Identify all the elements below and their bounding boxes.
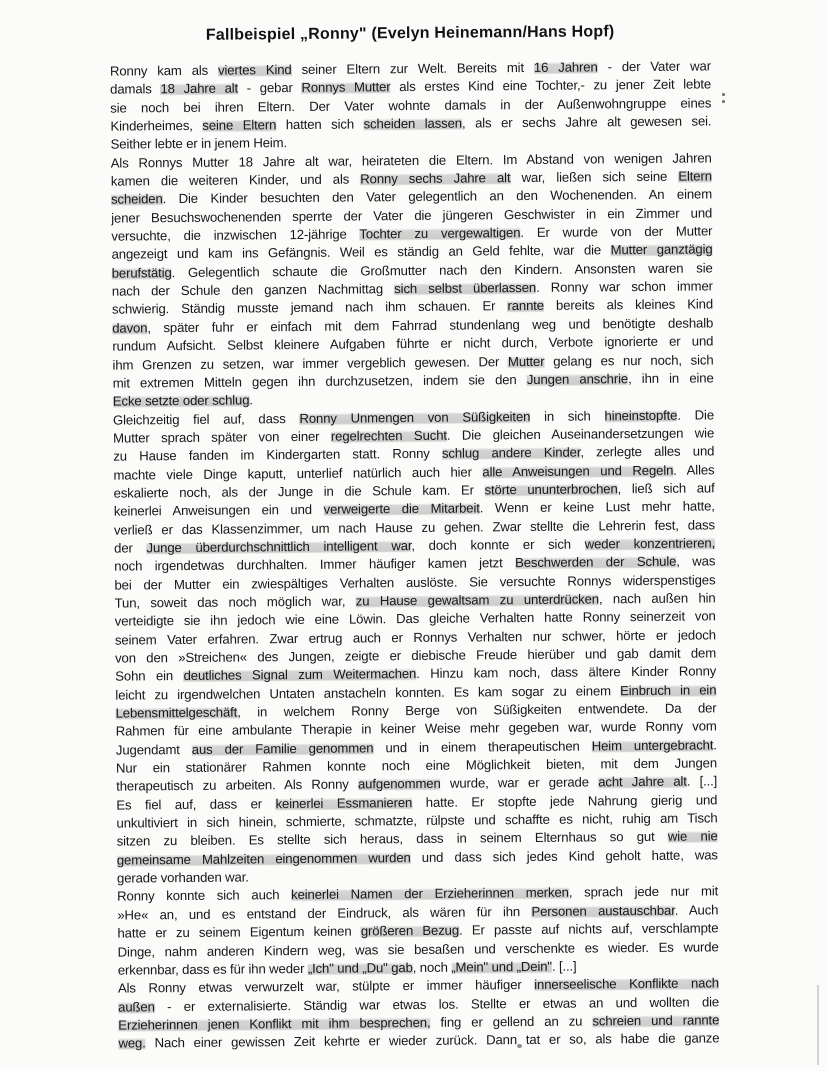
text-segment: . Die gleichen Auseinandersetzungen wie	[447, 425, 714, 442]
text-segment: Kinderheimes,	[110, 118, 202, 134]
highlighted-text: Eltern	[678, 168, 712, 183]
highlighted-text: aufgenommen	[358, 776, 441, 792]
highlighted-text: davon	[112, 320, 147, 335]
text-segment: erkennbar, dass es für ihn weder	[118, 961, 308, 978]
text-segment: - gebar	[238, 80, 302, 96]
text-segment: Jugendamt	[116, 742, 192, 758]
highlighted-text: keinerlei Namen der Erzieherinnen merken	[291, 885, 569, 902]
text-segment: . Gelegentlich schaute die Großmutter na…	[172, 260, 713, 280]
text-segment: . Hinzu kam noch, dass ältere Kinder Ron…	[416, 664, 716, 682]
text-segment: . Er passte auf nichts auf, verschlampte	[459, 921, 719, 938]
text-segment: .	[249, 393, 253, 408]
highlighted-text: wie nie	[668, 829, 718, 844]
scan-artifact-dot	[517, 1044, 522, 1048]
text-segment: hatte. Er stopfte jede Nahrung gierig un…	[412, 792, 717, 810]
highlighted-text: deutliches Signal zum Weitermachen	[184, 666, 417, 683]
text-segment: gerade vorhanden war.	[117, 870, 249, 886]
text-segment: leicht zu irgendwelchen Untaten anstache…	[115, 683, 620, 702]
highlighted-text: Ecke setzte oder schlug	[113, 393, 250, 409]
highlighted-text: seine Eltern	[202, 117, 276, 133]
text-segment: seiner Eltern zur Welt. Bereits mit	[292, 60, 534, 77]
text-segment: sitzen zu bleiben. Es stellte sich herau…	[117, 829, 668, 849]
highlighted-text: „Mein" und „Dein"	[451, 959, 552, 975]
text-segment: - der Vater war	[598, 58, 711, 74]
highlighted-text: Ronnys Mutter	[301, 80, 390, 96]
text-segment: gelang es nur noch, sich	[544, 352, 713, 368]
text-segment: und dass sich jedes Kind geholt hatte, w…	[411, 847, 718, 865]
highlighted-text: acht Jahre alt	[598, 774, 687, 790]
highlighted-text: 18 Jahre alt	[160, 81, 238, 97]
highlighted-text: Beschwerden der Schule	[515, 554, 676, 570]
text-segment: der	[114, 540, 147, 555]
highlighted-text: regelrechten Sucht	[331, 428, 447, 444]
highlighted-text: Erzieherinnen jenen Konflikt mit ihm bes…	[118, 1015, 430, 1033]
highlighted-text: verweigerte die Mitarbeit	[324, 501, 480, 517]
highlighted-text: außen	[118, 999, 155, 1014]
highlighted-text: innerseelische Konflikte nach	[534, 976, 719, 993]
highlighted-text: Mutter ganztägig	[611, 242, 713, 258]
text-segment: , doch konnte er sich	[411, 536, 584, 553]
text-segment: nach der Schule den ganzen Nachmittag	[112, 281, 394, 298]
document-page: Fallbeispiel „Ronny" (Evelyn Heinemann/H…	[0, 0, 828, 1071]
text-segment: damals	[110, 82, 160, 97]
text-segment: und in einem therapeutischen	[373, 738, 591, 755]
text-segment: war, ließen sich seine	[510, 169, 678, 185]
highlighted-text: Jungen anschrie	[527, 371, 628, 387]
text-segment: ihm Grenzen zu setzen, war immer vergebl…	[112, 354, 508, 372]
text-segment: eskalierte noch, als der Junge in die Sc…	[114, 482, 485, 500]
text-segment: als erstes Kind eine Tochter,- zu jener …	[390, 77, 711, 95]
highlighted-text: Mutter	[508, 353, 545, 368]
text-segment: mit extremen Mitteln gegen ihn durchzuse…	[113, 372, 527, 391]
highlighted-text: Junge überdurchschnittlich intelligent w…	[146, 538, 411, 555]
highlighted-text: aus der Familie genommen	[192, 740, 374, 757]
highlighted-text: viertes Kind	[218, 62, 292, 78]
text-segment: . Die Kinder besuchten den Vater gelegen…	[163, 187, 713, 207]
text-segment: . Auch	[675, 902, 719, 917]
scan-artifact-dots	[722, 93, 725, 105]
highlighted-text: keinerlei Essmanieren	[275, 795, 412, 811]
page-title: Fallbeispiel „Ronny" (Evelyn Heinemann/H…	[110, 22, 711, 45]
highlighted-text: gemeinsame Mahlzeiten eingenommen wurden	[117, 850, 411, 868]
text-segment: , zerlegte alles und	[580, 444, 714, 460]
text-segment: , in welchem Ronny Berge von Süßigkeiten…	[237, 700, 716, 719]
highlighted-text: weg.	[118, 1036, 145, 1051]
text-segment: fing er gellend an zu	[430, 1013, 592, 1029]
text-segment: bereits als kleines Kind	[544, 297, 713, 313]
highlighted-text: Tochter zu vergewaltigen	[359, 225, 520, 241]
text-segment: Sohn ein	[115, 668, 184, 684]
highlighted-text: Ronny Unmengen von Süßigkeiten	[299, 409, 530, 426]
scan-artifact-edge	[817, 985, 819, 1065]
highlighted-text: größeren Bezug	[361, 923, 459, 939]
text-segment: Nach einer gewissen Zeit kehrte er wiede…	[146, 1031, 720, 1051]
text-segment: . Die	[677, 407, 714, 422]
text-segment: . Er wurde von der Mutter	[520, 223, 712, 240]
text-segment: wurde, war er gerade	[441, 775, 599, 791]
highlighted-text: schlug andere Kinder	[442, 445, 581, 461]
highlighted-text: berufstätig	[112, 265, 172, 281]
highlighted-text: rannte	[507, 298, 544, 313]
scanned-sheet: Fallbeispiel „Ronny" (Evelyn Heinemann/H…	[0, 0, 828, 1071]
highlighted-text: störte ununterbrochen	[484, 481, 617, 497]
text-segment: in sich	[530, 408, 604, 424]
highlighted-text: scheiden lassen	[364, 116, 463, 132]
text-segment: Gleichzeitig fiel auf, dass	[113, 411, 300, 428]
highlighted-text: schreien und rannte	[592, 1012, 719, 1028]
text-segment: kamen die weiteren Kinder, und als	[111, 172, 360, 189]
highlighted-text: zu Hause gewaltsam zu unterdrücken	[356, 591, 599, 608]
highlighted-text: alle Anweisungen und Regeln	[482, 462, 673, 479]
text-segment: Es fiel auf, dass er	[116, 796, 275, 812]
highlighted-text: 16 Jahren	[534, 59, 598, 75]
text-segment: , was	[676, 554, 715, 569]
text-segment: , sprach jede nur mit	[569, 884, 718, 900]
text-segment: . [...]	[552, 958, 577, 973]
highlighted-text: „Ich" und „Du" gab	[308, 960, 413, 976]
highlighted-text: Einbruch in ein	[620, 682, 716, 698]
text-segment: - er externalisierte. Ständig war etwas …	[155, 994, 719, 1014]
text-segment: »He« an, und es entstand der Eindruck, a…	[117, 904, 531, 923]
highlighted-text: weder konzentrieren,	[585, 535, 716, 551]
text-segment: hatten sich	[276, 116, 363, 132]
text-segment: angezeigt und kam ins Gefängnis. Weil es…	[111, 243, 610, 262]
text-segment: therapeutisch zu arbeiten. Als Ronny	[116, 777, 358, 794]
text-segment: schwierig. Ständig musste jemand nach ih…	[112, 299, 508, 317]
text-segment: versuchte, die inzwischen 12-jährige	[111, 227, 359, 244]
highlighted-text: Personen austauschbar	[531, 903, 674, 919]
text-segment: , nach außen hin	[599, 590, 716, 606]
highlighted-text: Ronny sechs Jahre alt	[360, 170, 510, 186]
text-segment: hatte er zu seinem Eigentum keinen	[117, 924, 360, 941]
text-body: Ronny kam als viertes Kind seiner Eltern…	[110, 57, 720, 1053]
text-segment: , ließ sich auf	[618, 480, 715, 496]
highlighted-text: Heim untergebracht	[592, 737, 714, 753]
text-segment: , als er sechs Jahre alt gewesen sei.	[462, 113, 712, 130]
text-segment: keinerlei Anweisungen ein und	[114, 502, 324, 519]
text-line: 65weg. Nach einer gewissen Zeit kehrte e…	[118, 1030, 719, 1054]
text-segment: Als Ronny etwas verwurzelt war, stülpte …	[118, 977, 534, 996]
text-segment: , später fuhr er einfach mit dem Fahrrad…	[147, 315, 713, 335]
text-segment: Seither lebte er in jenem Heim.	[111, 135, 288, 152]
text-segment: Ronny konnte sich auch	[117, 888, 291, 905]
text-segment: . [...]	[687, 774, 718, 789]
text-segment: Tun, soweit das noch möglich war,	[115, 593, 356, 610]
text-segment: . Alles	[673, 462, 714, 477]
highlighted-text: hineinstopfte	[604, 407, 677, 423]
highlighted-text: Lebensmittelgeschäft	[115, 705, 237, 721]
text-segment: noch irgendetwas durchhalten. Immer häuf…	[114, 555, 515, 573]
text-segment: . Wenn er keine Lust mehr hatte,	[480, 499, 715, 516]
text-segment: .	[713, 737, 717, 752]
text-segment: . Ronny war schon immer	[536, 279, 713, 296]
text-segment: zu Hause fanden im Kindergarten statt. R…	[113, 446, 442, 464]
text-segment: machte viele Dinge kaputt, unterlief nat…	[113, 464, 482, 482]
text-segment: Ronny kam als	[110, 63, 218, 79]
highlighted-text: scheiden	[111, 192, 163, 207]
text-segment: , ihn in eine	[628, 370, 714, 386]
text-segment: Mutter sprach später von einer	[113, 429, 331, 446]
highlighted-text: sich selbst überlassen	[394, 280, 536, 296]
text-segment: , noch	[413, 960, 452, 975]
